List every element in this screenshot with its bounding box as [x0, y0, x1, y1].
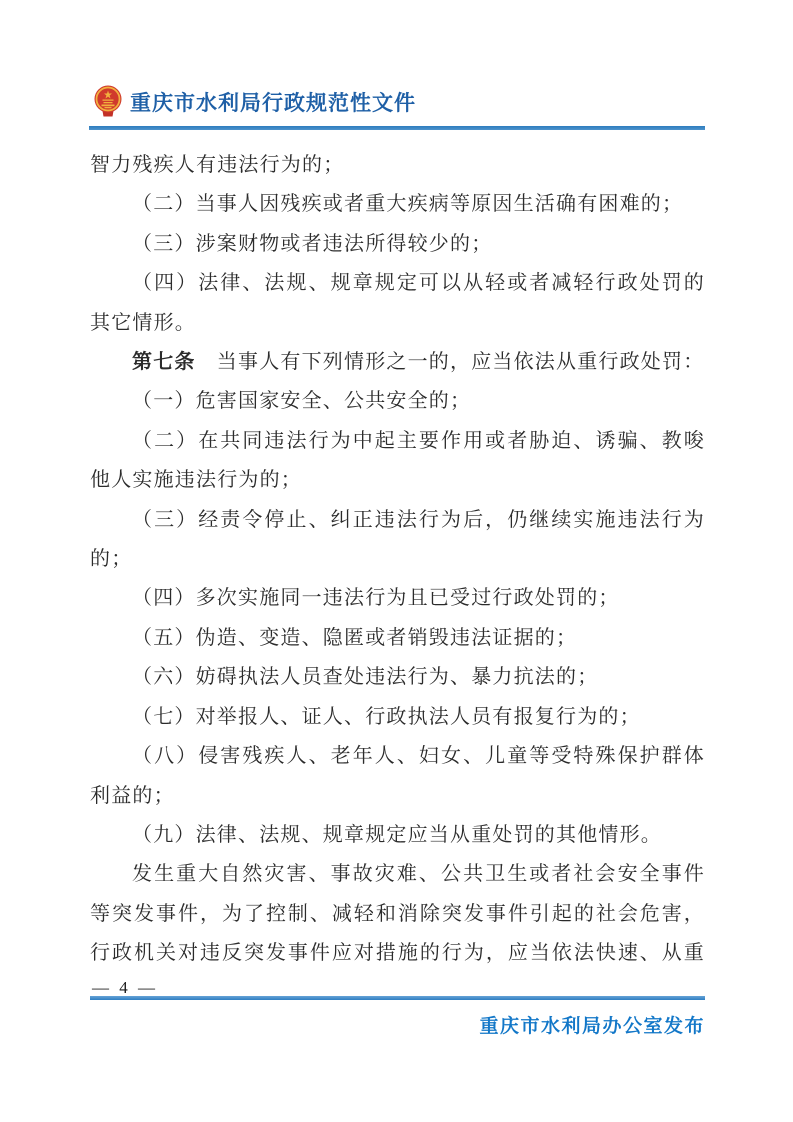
- body-line: （二）在共同违法行为中起主要作用或者胁迫、诱骗、教唆: [90, 422, 705, 461]
- body-line: 的；: [90, 540, 705, 579]
- publisher-label: 重庆市水利局办公室发布: [479, 1011, 705, 1038]
- body-line: 智力残疾人有违法行为的；: [90, 146, 705, 185]
- body-line: （一）危害国家安全、公共安全的；: [90, 382, 705, 421]
- body-line: （三）涉案财物或者违法所得较少的；: [90, 225, 705, 264]
- body-line: 行政机关对违反突发事件应对措施的行为，应当依法快速、从重: [90, 934, 705, 973]
- footer-divider-line: [90, 996, 705, 1000]
- body-line: （九）法律、法规、规章规定应当从重处罚的其他情形。: [90, 816, 705, 855]
- body-line: （八）侵害残疾人、老年人、妇女、儿童等受特殊保护群体: [90, 737, 705, 776]
- document-header-title: 重庆市水利局行政规范性文件: [130, 87, 416, 117]
- body-line: （三）经责令停止、纠正违法行为后，仍继续实施违法行为: [90, 501, 705, 540]
- header-divider-line: [89, 126, 705, 130]
- body-line-article-7: 第七条 当事人有下列情形之一的，应当依法从重行政处罚：: [90, 343, 705, 382]
- body-line: 利益的；: [90, 777, 705, 816]
- body-line: （七）对举报人、证人、行政执法人员有报复行为的；: [90, 698, 705, 737]
- body-line: （四）法律、法规、规章规定可以从轻或者减轻行政处罚的: [90, 264, 705, 303]
- article-text: 当事人有下列情形之一的，应当依法从重行政处罚：: [196, 351, 705, 373]
- body-line: 其它情形。: [90, 304, 705, 343]
- body-line: 他人实施违法行为的；: [90, 461, 705, 500]
- document-body: 智力残疾人有违法行为的； （二）当事人因残疾或者重大疾病等原因生活确有困难的； …: [90, 146, 705, 974]
- national-emblem-icon: [93, 85, 123, 118]
- body-line: 等突发事件，为了控制、减轻和消除突发事件引起的社会危害，: [90, 895, 705, 934]
- body-line: （六）妨碍执法人员查处违法行为、暴力抗法的；: [90, 658, 705, 697]
- body-line: 发生重大自然灾害、事故灾难、公共卫生或者社会安全事件: [90, 855, 705, 894]
- article-number-label: 第七条: [132, 351, 196, 373]
- document-header: 重庆市水利局行政规范性文件: [93, 85, 416, 118]
- document-page: 重庆市水利局行政规范性文件 智力残疾人有违法行为的； （二）当事人因残疾或者重大…: [0, 0, 793, 1122]
- body-line: （四）多次实施同一违法行为且已受过行政处罚的；: [90, 579, 705, 618]
- body-line: （五）伪造、变造、隐匿或者销毁违法证据的；: [90, 619, 705, 658]
- body-line: （二）当事人因残疾或者重大疾病等原因生活确有困难的；: [90, 185, 705, 224]
- page-number: — 4 —: [92, 978, 158, 998]
